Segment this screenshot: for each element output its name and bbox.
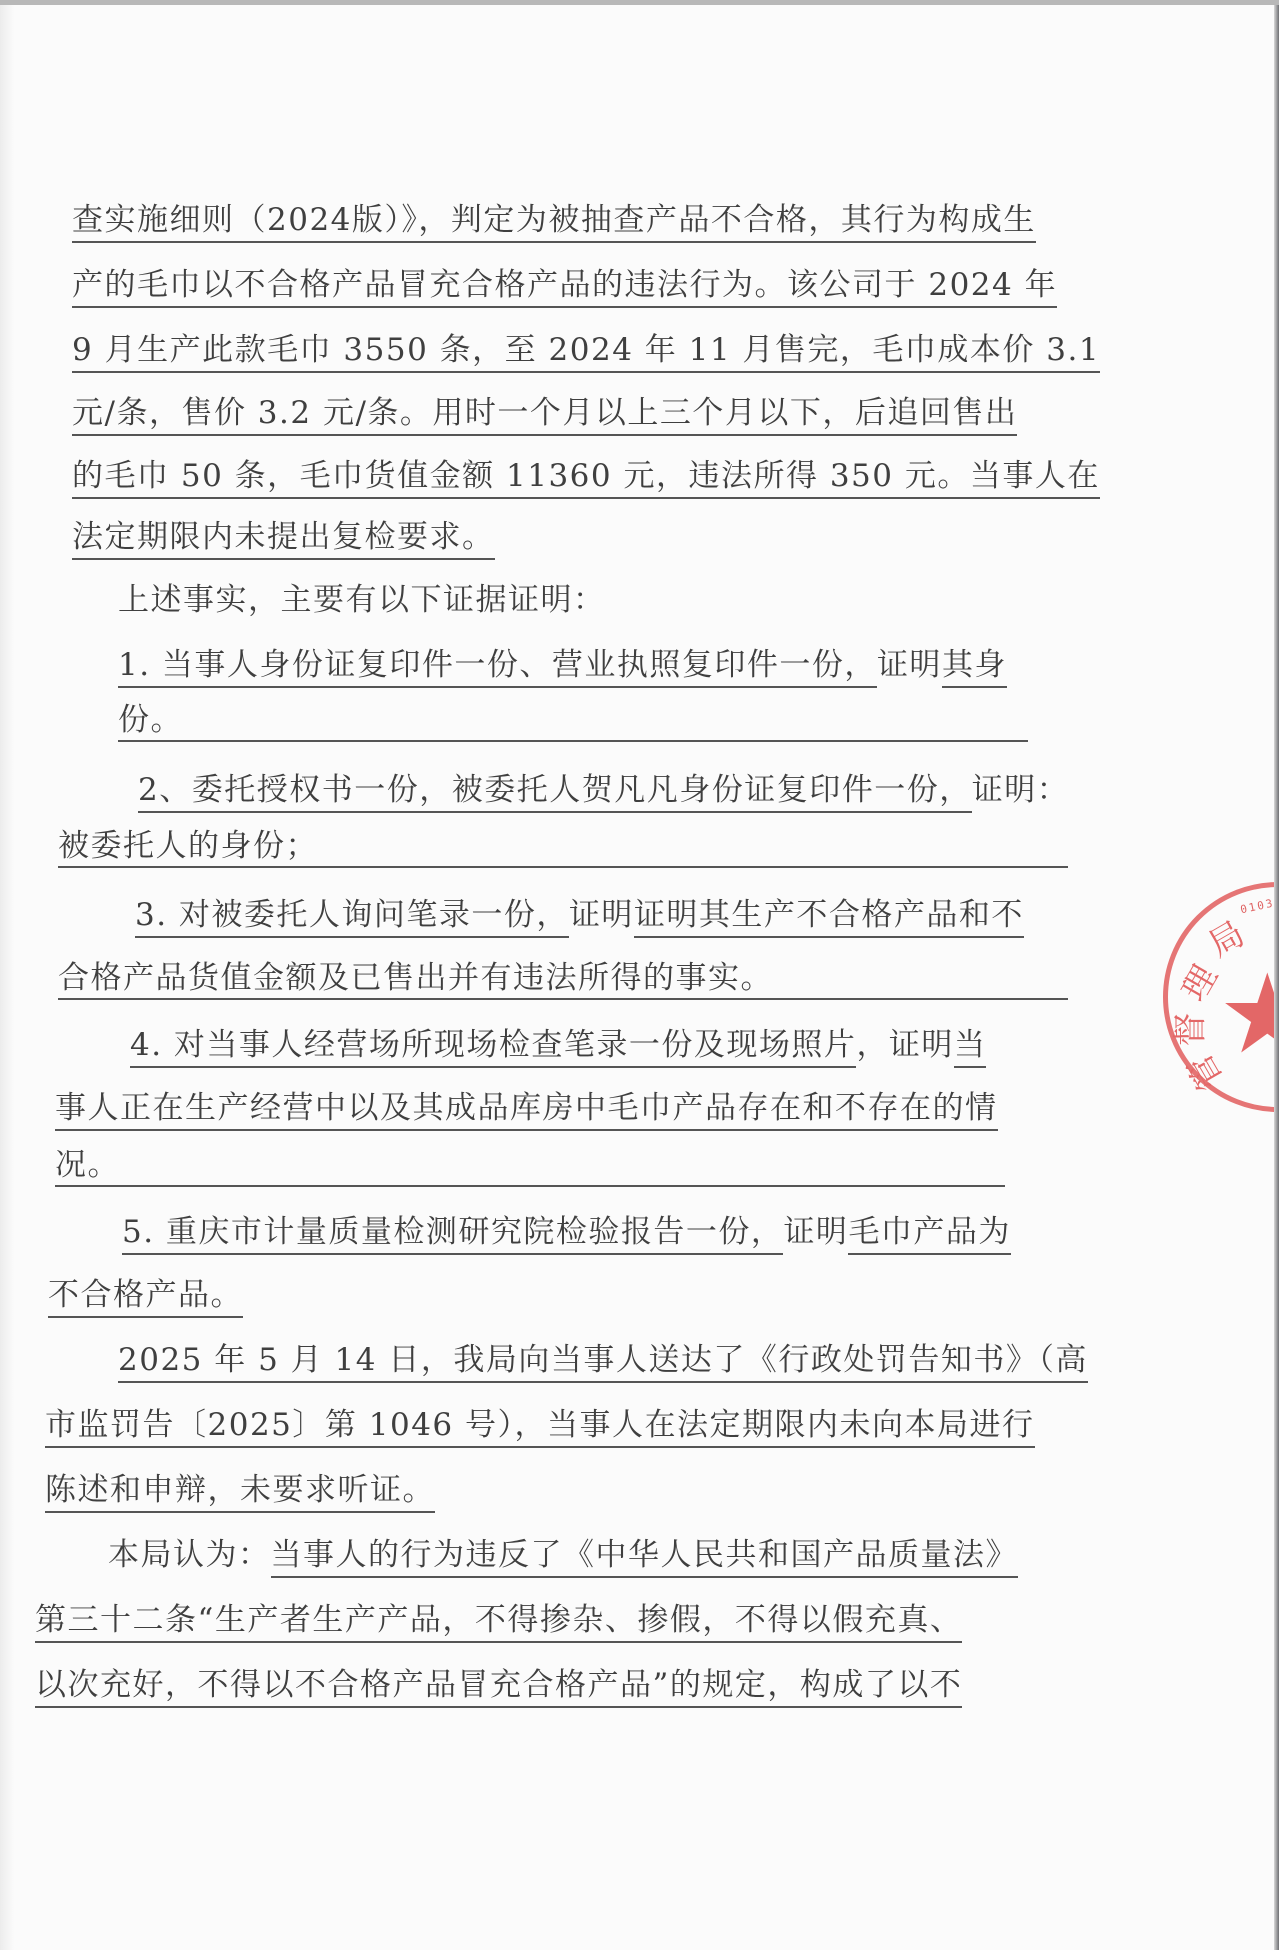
conclusion-line: 本局认为：当事人的行为违反了《中华人民共和国产品质量法》 <box>108 1535 1018 1575</box>
text-line: 产的毛巾以不合格产品冒充合格产品的违法行为。该公司于 2024 年 <box>72 265 1057 305</box>
star-icon: ★ <box>1218 959 1279 1069</box>
text-line: 况。 <box>55 1145 120 1185</box>
document-page: 查实施细则（2024版）》，判定为被抽查产品不合格，其行为构成生 产的毛巾以不合… <box>0 0 1279 1950</box>
evidence-item-5: 5. 重庆市计量质量检测研究院检验报告一份，证明毛巾产品为 <box>122 1212 1011 1252</box>
text-line: 的毛巾 50 条，毛巾货值金额 11360 元，违法所得 350 元。当事人在 <box>72 456 1100 496</box>
text-line: 不合格产品。 <box>48 1275 243 1315</box>
plain-text: 合格产品货值金额及已售出并有违法所得的事实。 <box>58 960 773 996</box>
text-line: 法定期限内未提出复检要求。 <box>72 517 495 557</box>
underlined-text: 产的毛巾以不合格产品冒充合格产品的违法行为。该公司于 2024 年 <box>72 267 1057 308</box>
evidence-item-3: 3. 对被委托人询问笔录一份，证明证明其生产不合格产品和不 <box>135 895 1024 935</box>
underlined-text: 不合格产品。 <box>48 1277 243 1318</box>
evidence-heading: 上述事实，主要有以下证据证明： <box>118 580 606 620</box>
underlined-text: 元/条，售价 3.2 元/条。用时一个月以上三个月以下，后追回售出 <box>72 395 1017 436</box>
text-line: 陈述和申辩，未要求听证。 <box>45 1470 435 1510</box>
underlined-text: 5. 重庆市计量质量检测研究院检验报告一份， <box>122 1214 783 1255</box>
plain-text: 证明 <box>569 897 634 933</box>
text-line: 查实施细则（2024版）》，判定为被抽查产品不合格，其行为构成生 <box>72 200 1036 240</box>
text-line: 元/条，售价 3.2 元/条。用时一个月以上三个月以下，后追回售出 <box>72 393 1017 433</box>
underlined-text: 1. 当事人身份证复印件一份、营业执照复印件一份， <box>118 647 877 688</box>
plain-text: 证明 <box>783 1214 848 1250</box>
underlined-text: 4. 对当事人经营场所现场检查笔录一份及现场照片 <box>130 1027 856 1068</box>
underline-rule <box>55 1185 1005 1187</box>
evidence-item-4: 4. 对当事人经营场所现场检查笔录一份及现场照片，证明当 <box>130 1025 986 1065</box>
underlined-text: 9 月生产此款毛巾 3550 条，至 2024 年 11 月售完，毛巾成本价 3… <box>72 332 1100 373</box>
text-line: 第三十二条“生产者生产产品，不得掺杂、掺假，不得以假充真、 <box>35 1600 962 1640</box>
official-seal: 01031 局 理 督 管 ★ <box>1163 882 1279 1112</box>
underlined-text: 法定期限内未提出复检要求。 <box>72 519 495 560</box>
plain-text: 况。 <box>55 1147 120 1183</box>
plain-text: ，证明 <box>856 1027 954 1063</box>
text-line: 份。 <box>118 700 183 740</box>
plain-text: 份。 <box>118 702 183 738</box>
underlined-text: 以次充好，不得以不合格产品冒充合格产品”的规定，构成了以不 <box>35 1667 962 1708</box>
underline-rule <box>118 740 1028 742</box>
underlined-text: 其身 <box>942 647 1007 688</box>
text-line: 被委托人的身份； <box>58 826 318 866</box>
plain-text: 证明 <box>877 647 942 683</box>
text-line: 2025 年 5 月 14 日，我局向当事人送达了《行政处罚告知书》（高 <box>118 1340 1088 1380</box>
text-line: 以次充好，不得以不合格产品冒充合格产品”的规定，构成了以不 <box>35 1665 962 1705</box>
underlined-text: 3. 对被委托人询问笔录一份， <box>135 897 569 938</box>
text-line: 9 月生产此款毛巾 3550 条，至 2024 年 11 月售完，毛巾成本价 3… <box>72 330 1100 370</box>
underlined-text: 当事人的行为违反了《中华人民共和国产品质量法》 <box>271 1537 1019 1578</box>
underlined-text: 2、委托授权书一份，被委托人贺凡凡身份证复印件一份， <box>138 772 972 813</box>
underlined-text: 毛巾产品为 <box>848 1214 1011 1255</box>
evidence-item-2: 2、委托授权书一份，被委托人贺凡凡身份证复印件一份，证明： <box>138 770 1069 810</box>
evidence-item-1: 1. 当事人身份证复印件一份、营业执照复印件一份，证明其身 <box>118 645 1007 685</box>
underlined-text: 市监罚告〔2025〕第 1046 号），当事人在法定期限内未向本局进行 <box>45 1407 1035 1448</box>
underlined-text: 陈述和申辩，未要求听证。 <box>45 1472 435 1513</box>
underlined-text: 查实施细则（2024版）》，判定为被抽查产品不合格，其行为构成生 <box>72 202 1036 243</box>
underlined-text: 第三十二条“生产者生产产品，不得掺杂、掺假，不得以假充真、 <box>35 1602 962 1643</box>
plain-text: 被委托人的身份； <box>58 828 318 864</box>
underlined-text: 证明其生产不合格产品和不 <box>634 897 1024 938</box>
plain-text: 证明： <box>972 772 1070 808</box>
underlined-text: 2025 年 5 月 14 日，我局向当事人送达了《行政处罚告知书》（高 <box>118 1342 1088 1383</box>
text-line: 合格产品货值金额及已售出并有违法所得的事实。 <box>58 958 773 998</box>
seal-char: 督 <box>1163 1013 1212 1047</box>
scan-right-edge <box>1274 5 1279 1950</box>
underline-rule <box>58 998 1068 1000</box>
underlined-text: 事人正在生产经营中以及其成品库房中毛巾产品存在和不存在的情 <box>55 1090 998 1131</box>
text-line: 市监罚告〔2025〕第 1046 号），当事人在法定期限内未向本局进行 <box>45 1405 1035 1445</box>
evidence-heading-text: 上述事实，主要有以下证据证明： <box>118 582 606 618</box>
plain-text: 本局认为： <box>108 1537 271 1573</box>
underline-rule <box>58 866 1068 868</box>
text-line: 事人正在生产经营中以及其成品库房中毛巾产品存在和不存在的情 <box>55 1088 998 1128</box>
underlined-text: 的毛巾 50 条，毛巾货值金额 11360 元，违法所得 350 元。当事人在 <box>72 458 1100 499</box>
underlined-text: 当 <box>954 1027 987 1068</box>
